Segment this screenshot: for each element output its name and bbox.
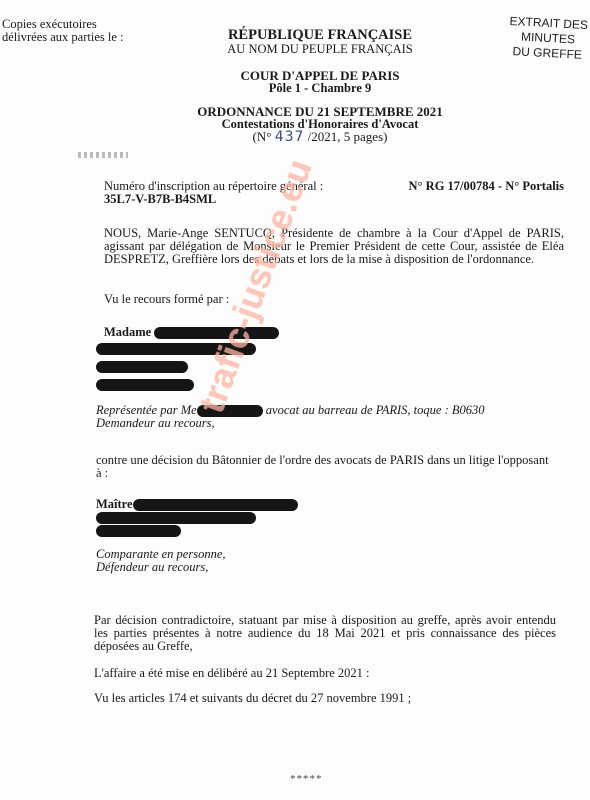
redacted-address-2 [96,361,188,373]
footer-separator: ***** [290,773,323,785]
num-prefix: (N° [253,129,272,144]
nous-paragraph: NOUS, Marie-Ange SENTUCQ, Présidente de … [104,227,564,266]
defendeur-block: Maître [96,498,556,537]
delibere-line: L'affaire a été mise en délibéré au 21 S… [94,667,554,680]
copies-line2: délivrées aux parties le : [2,31,123,44]
inscription-block: Numéro d'inscription au répertoire génér… [104,180,564,206]
ordonnance-number: (N° 437 /2021, 5 pages) [180,129,460,145]
num-handwritten: 437 [275,129,305,145]
redacted-name [154,327,279,339]
redacted-address-2 [96,525,181,537]
contre-line2: à : [96,467,556,480]
redacted-address-1 [96,343,256,355]
representation: Représentée par Me avocat au barreau de … [96,404,556,430]
defendeur-role: Défendeur au recours, [96,561,556,574]
redacted-address-1 [96,512,256,524]
contre-line1: contre une décision du Bâtonnier de l'or… [96,454,556,467]
rg-number: N° RG 17/00784 - N° Portalis [409,180,564,193]
copies-executoires: Copies exécutoires délivrées aux parties… [2,18,123,44]
represented-prefix: Représentée par Me [96,403,197,417]
demandeur-address [96,340,256,394]
demandeur-role: Demandeur au recours, [96,417,556,430]
au-nom-subtitle: AU NOM DU PEUPLE FRANÇAIS [180,42,460,57]
contre-paragraph: contre une décision du Bâtonnier de l'or… [96,454,556,480]
portalis-number: 35L7-V-B7B-B4SML [104,193,564,206]
defendeur-title: Maître [96,497,133,511]
redacted-address-3 [96,379,194,391]
demandeur-title: Madame [104,325,151,339]
defendeur-status: Comparante en personne, Défendeur au rec… [96,548,556,574]
num-suffix: /2021, 5 pages) [308,129,388,144]
redacted-name [133,499,298,511]
greffe-stamp: EXTRAIT DES MINUTES DU GREFFE [487,13,590,64]
represented-suffix: avocat au barreau de PARIS, toque : B063… [266,403,485,417]
demandeur-block: Madame [104,326,564,339]
pole-chambre: Pôle 1 - Chambre 9 [180,81,460,96]
scan-smudge [78,152,128,158]
articles-line: Vu les articles 174 et suivants du décre… [94,692,554,705]
decision-paragraph: Par décision contradictoire, statuant pa… [94,614,556,653]
recours-intro: Vu le recours formé par : [104,293,564,306]
nous-line3: DESPRETZ, Greffière lors des débats et l… [104,253,564,266]
decision-line3: déposées au Greffe, [94,640,556,653]
